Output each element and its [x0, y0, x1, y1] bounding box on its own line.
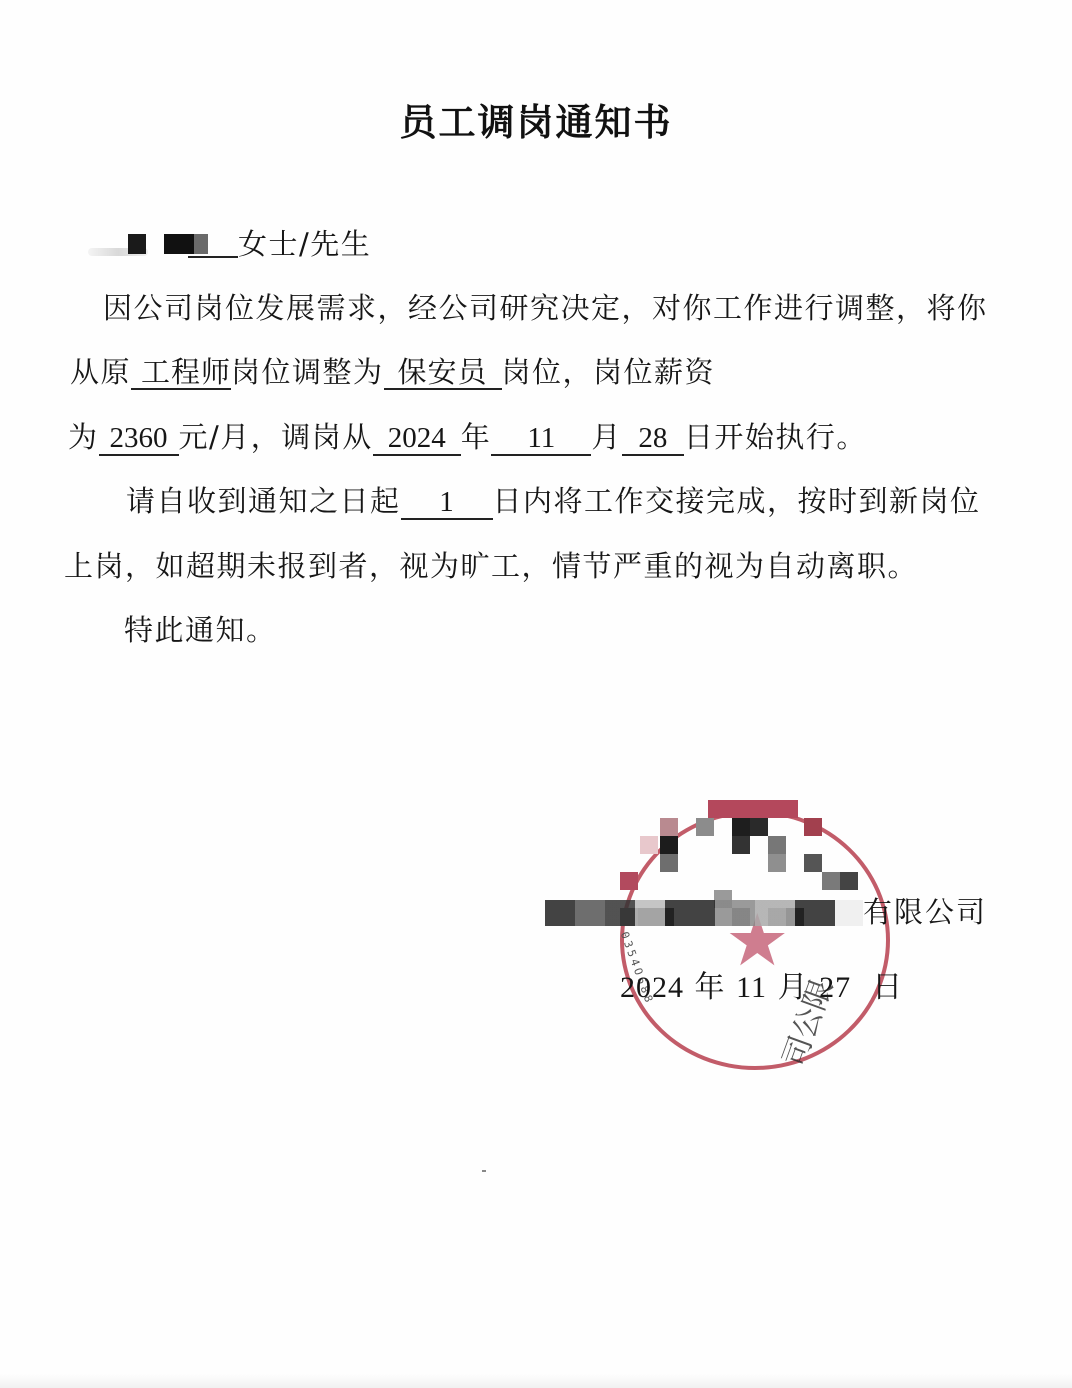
text-since-receipt: 请自收到通知之日起: [126, 484, 401, 518]
start-day-field: 28: [622, 422, 684, 456]
closing-text: 特此通知。: [124, 610, 277, 650]
sig-month-label: 月: [778, 970, 809, 1005]
sig-day-label: 日: [872, 970, 903, 1005]
company-suffix: 有限公司: [863, 895, 987, 929]
salary-field: 2360: [99, 422, 179, 456]
paragraph1-line3: 为2360元/月，调岗从2024年11月28日开始执行。: [68, 417, 867, 457]
sig-month: 11: [736, 971, 767, 1004]
original-position-field: 工程师: [131, 356, 231, 390]
start-year-field: 2024: [373, 422, 461, 456]
paragraph2-line1: 请自收到通知之日起1日内将工作交接完成，按时到新岗位: [126, 481, 981, 521]
paragraph1-line2: 从原工程师岗位调整为保安员岗位，岗位薪资: [70, 352, 715, 392]
sig-year: 2024: [620, 971, 684, 1004]
text-as: 为: [68, 420, 99, 454]
start-month-field: 11: [491, 422, 591, 456]
paragraph1-line1: 因公司岗位发展需求，经公司研究决定，对你工作进行调整，将你: [103, 288, 988, 328]
sig-year-label: 年: [695, 970, 726, 1005]
document-title: 员工调岗通知书: [0, 92, 1072, 146]
salutation: 女士/先生: [88, 224, 371, 264]
text-position-salary: 岗位，岗位薪资: [502, 355, 716, 389]
text-salary-unit: 元/月，调岗从: [179, 420, 373, 454]
redacted-name: [88, 224, 238, 260]
scan-speck: [482, 1170, 486, 1172]
document-page: 员工调岗通知书 女士/先生 因公司岗位发展需求，经公司研究决定，对你工作进行调整…: [0, 0, 1072, 1388]
sig-day: 27: [819, 971, 851, 1004]
salutation-suffix: 女士/先生: [238, 227, 371, 261]
signature-company: 有限公司: [545, 890, 987, 931]
redacted-company-name: [545, 900, 863, 926]
new-position-field: 保安员: [384, 356, 502, 390]
text-year: 年: [461, 420, 492, 454]
text-month: 月: [591, 420, 622, 454]
text-start-execution: 日开始执行。: [684, 420, 867, 454]
text-handover: 日内将工作交接完成，按时到新岗位: [493, 484, 981, 518]
text-adjusted-to: 岗位调整为: [231, 355, 384, 389]
text-from-original: 从原: [70, 355, 131, 389]
paragraph2-line2: 上岗，如超期未报到者，视为旷工，情节严重的视为自动离职。: [64, 546, 918, 586]
handover-days-field: 1: [401, 486, 493, 520]
page-edge-shadow: [0, 1374, 1072, 1388]
signature-date: 2024 年 11 月 27 日: [620, 962, 903, 1006]
